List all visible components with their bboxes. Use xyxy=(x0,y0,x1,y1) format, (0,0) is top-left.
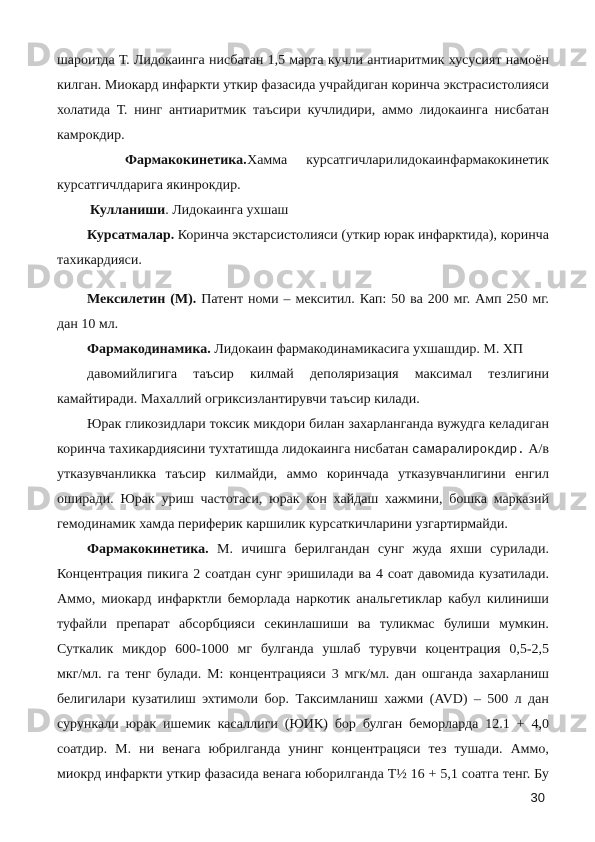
text-segment: дан 10 мл. xyxy=(57,317,118,332)
text-segment: Фармакодинамика. xyxy=(87,342,211,357)
paragraph: шароитдаТ.Лидокаинганисбатан1,5мартакучл… xyxy=(57,48,549,148)
text-word: белигилари xyxy=(57,687,126,712)
text-word: (AVD) xyxy=(430,687,468,712)
text-word: сунг xyxy=(256,562,282,587)
text-word: юрак xyxy=(126,712,156,737)
text-word: анальгетиклар xyxy=(356,587,442,612)
text-word: + xyxy=(429,762,437,787)
text-word: Фармакокинетика. xyxy=(125,148,247,173)
text-word: коринча xyxy=(391,73,439,98)
text-word: Фармакокинетика. xyxy=(87,537,209,562)
text-word: марказий xyxy=(494,487,549,512)
text-segment: Кулланиши xyxy=(90,203,165,218)
text-word: фазасида xyxy=(261,73,315,98)
text-word: ичишга xyxy=(241,537,286,562)
text-word: берилгандан xyxy=(295,537,370,562)
text-word: намоён xyxy=(506,48,549,73)
text-line: гемодинамик хамда периферик каршилик кур… xyxy=(57,512,549,537)
text-word: мг. xyxy=(532,287,549,312)
text-word: частотаси, xyxy=(200,487,262,512)
document-body: шароитдаТ.Лидокаинганисбатан1,5мартакучл… xyxy=(57,48,549,787)
text-word: мгк/мл. xyxy=(345,662,390,687)
text-word: учрайдиган xyxy=(319,73,388,98)
text-word: булган xyxy=(363,712,402,737)
text-word: Патент xyxy=(201,287,243,312)
text-word: 200 xyxy=(428,287,449,312)
text-line: мкг/мл.гатенгбулади.М:концентрацияси3мгк… xyxy=(57,662,549,687)
text-word: коринча xyxy=(501,223,549,248)
text-word: юбрилганда xyxy=(208,737,280,762)
text-word: фазасида xyxy=(205,762,259,787)
text-word: унинг xyxy=(288,737,323,762)
text-word: пикига xyxy=(147,562,188,587)
text-word: килмайди, xyxy=(215,462,277,487)
text-word: вужудга xyxy=(437,412,485,437)
text-word: инфарктли xyxy=(158,587,222,612)
text-word: Аммо, xyxy=(511,737,549,762)
text-line: Фармакодинамика. Лидокаин фармакодинамик… xyxy=(57,337,549,362)
text-word: касаллиги xyxy=(218,712,278,737)
text-word: максимал xyxy=(415,362,472,387)
text-line: давомийлигигатаъсиркилмайдеполяризацияма… xyxy=(57,362,549,387)
text-line: камайтиради. Махаллий огриксизлантирувчи… xyxy=(57,387,549,412)
text-word: ни xyxy=(139,737,154,762)
text-word: инфаркти xyxy=(162,73,220,98)
text-word: (ЮИК) xyxy=(285,712,328,737)
text-word: токсик xyxy=(210,412,250,437)
text-line: Курсатмалар.Коринчаэкстарсистолияси(утки… xyxy=(57,223,549,248)
text-word: тенг xyxy=(125,662,151,687)
text-word: абсорбцияси xyxy=(179,612,255,637)
text-word: венага xyxy=(263,762,301,787)
paragraph: Курсатмалар.Коринчаэкстарсистолияси(утки… xyxy=(57,223,549,273)
text-word: ва xyxy=(410,287,423,312)
text-word: тез xyxy=(428,737,446,762)
text-segment: камайтиради. Махаллий огриксизлантирувчи… xyxy=(57,392,420,407)
text-word: наркотик xyxy=(296,587,350,612)
text-word: турувчи xyxy=(369,637,416,662)
text-word: 0,5-2,5 xyxy=(509,637,549,662)
text-word: булиши xyxy=(444,612,490,637)
text-word: мумкин. xyxy=(499,612,549,637)
text-word: Т. xyxy=(119,48,130,73)
text-word: ва xyxy=(358,562,371,587)
text-word: Юрак xyxy=(87,412,121,437)
text-word: беморларда xyxy=(409,712,478,737)
text-word: туфайли xyxy=(57,612,107,637)
text-line: оширади.Юракуришчастотаси,юракконхайдашх… xyxy=(57,487,549,512)
text-word: захарланиш xyxy=(478,662,549,687)
text-word: булганда xyxy=(261,637,314,662)
text-word: соатга xyxy=(462,762,499,787)
text-word: Амп xyxy=(475,287,501,312)
paragraph: Фармакокинетика.Хаммакурсатгичларилидока… xyxy=(57,148,549,198)
page-number: 30 xyxy=(531,790,545,805)
text-word: 1,5 xyxy=(268,48,286,73)
text-word: ишемик xyxy=(163,712,211,737)
paragraph: Фармакокинетика.М.ичишгаберилгандансунгж… xyxy=(57,537,549,787)
text-word: мекситил. xyxy=(295,287,354,312)
text-word: Т. xyxy=(117,98,128,123)
text-word: концентрацияси xyxy=(229,662,325,687)
text-word: Лидокаинга xyxy=(134,48,205,73)
text-word: самаралирокдир. xyxy=(412,438,525,463)
text-word: аммо xyxy=(287,462,318,487)
text-word: Аммо, xyxy=(57,587,95,612)
text-word: 600-1000 xyxy=(175,637,229,662)
document-page: Docx.uzDocx.uzDocx.uzDocx.uzDocx.uzDocx.… xyxy=(0,0,595,842)
text-word: тенг. xyxy=(503,762,531,787)
text-word: кабул xyxy=(448,587,481,612)
text-word: 2 xyxy=(193,562,200,587)
text-word: (уткир xyxy=(341,223,380,248)
text-word: таъсири xyxy=(253,98,301,123)
text-word: хажмини, xyxy=(385,487,443,512)
text-word: кузатилади. xyxy=(479,562,549,587)
text-word: лидокаинга xyxy=(282,437,350,462)
text-word: шароитда xyxy=(57,48,115,73)
text-word: туликмас xyxy=(380,612,435,637)
text-word: номи xyxy=(248,287,279,312)
text-word: мг. xyxy=(454,287,471,312)
text-line: камрокдир. xyxy=(57,123,549,148)
text-word: препарат xyxy=(116,612,169,637)
text-word: 16 xyxy=(411,762,425,787)
text-word: Курсатмалар. xyxy=(87,223,174,248)
text-line: коринчатахикардиясинитухтатишдалидокаинг… xyxy=(57,437,549,462)
text-word: килмай xyxy=(250,362,294,387)
text-word: юрак xyxy=(269,487,299,512)
text-segment: Лидокаин фармакодинамикасига ухшашдир. М… xyxy=(211,342,523,357)
text-line: курсатгичлдарига якинрокдир. xyxy=(57,173,549,198)
text-word: Коринча xyxy=(178,223,229,248)
text-word: уриш xyxy=(161,487,193,512)
text-word: ошганда xyxy=(422,662,473,687)
text-word: бошка xyxy=(449,487,487,512)
text-word: соатдан xyxy=(205,562,251,587)
text-word: оширади. xyxy=(57,487,114,512)
text-word: яхши xyxy=(450,537,482,562)
text-word: Миокард xyxy=(105,73,159,98)
text-segment: тахикардияси. xyxy=(57,253,142,268)
text-word: келадиган xyxy=(489,412,549,437)
text-word: беморлада xyxy=(228,587,290,612)
text-word: давомида xyxy=(418,562,474,587)
text-line: тахикардияси. xyxy=(57,248,549,273)
text-word: 4 xyxy=(376,562,383,587)
text-line: Мексилетин(М).Патентноми–мекситил.Кап:50… xyxy=(57,287,549,312)
text-word: таъсир xyxy=(165,462,205,487)
text-line: Фармакокинетика.Хаммакурсатгичларилидока… xyxy=(57,148,549,173)
text-word: миокрд xyxy=(57,762,101,787)
text-word: уткир xyxy=(223,73,257,98)
text-line: сурункалиюракишемиккасаллиги(ЮИК)борбулг… xyxy=(57,712,549,737)
text-word: мкг/мл. xyxy=(57,662,102,687)
text-word: миокард xyxy=(101,587,151,612)
text-line: миокрдинфарктиуткирфазасидавенагаюборилг… xyxy=(57,762,549,787)
text-word: юрак xyxy=(384,223,414,248)
text-word: Концентрация xyxy=(57,562,142,587)
paragraph: Фармакодинамика. Лидокаин фармакодинамик… xyxy=(57,337,549,362)
text-word: антиаритмик xyxy=(169,98,246,123)
paragraph: давомийлигигатаъсиркилмайдеполяризацияма… xyxy=(57,362,549,412)
text-word: секинлашиши xyxy=(264,612,348,637)
text-word: эришилади xyxy=(287,562,354,587)
text-word: сурилади. xyxy=(490,537,549,562)
text-word: марта xyxy=(289,48,323,73)
text-word: фармакокинетик xyxy=(450,148,549,173)
text-word: соатдир. xyxy=(57,737,107,762)
text-word: М. xyxy=(115,737,131,762)
text-line: Аммо,миокардинфарктлибеморладанаркотикан… xyxy=(57,587,549,612)
text-word: аммо xyxy=(382,98,413,123)
text-line: Концентрацияпикига2соатдансунгэришиладив… xyxy=(57,562,549,587)
text-word: нинг xyxy=(134,98,162,123)
text-line: холатидаТ.нингантиаритмиктаъсирикучлидир… xyxy=(57,98,549,123)
paragraph: Юракгликозидларитоксикмикдорибиланзахарл… xyxy=(57,412,549,537)
text-word: экстарсистолияси xyxy=(232,223,337,248)
text-word: лидокаин xyxy=(394,148,450,173)
text-word: – xyxy=(474,687,481,712)
text-word: енгил xyxy=(515,462,549,487)
text-word: микдори xyxy=(253,412,305,437)
text-line: Кулланиши. Лидокаинга ухшаш xyxy=(57,198,549,223)
text-word: ва xyxy=(358,612,371,637)
text-word: Хамма xyxy=(247,148,287,173)
text-word: 4,0 xyxy=(531,712,549,737)
text-word: – xyxy=(284,287,291,312)
text-word: л xyxy=(515,687,522,712)
text-word: таъсир xyxy=(193,362,233,387)
text-word: Т½ xyxy=(388,762,407,787)
text-word: захарланганда xyxy=(348,412,433,437)
text-word: сурункали xyxy=(57,712,119,737)
text-line: Суткаликмикдор600-1000мгбулгандаушлабтур… xyxy=(57,637,549,662)
text-word: жуда xyxy=(413,537,442,562)
text-word: Бу xyxy=(534,762,549,787)
text-word: соат xyxy=(388,562,413,587)
text-word: га xyxy=(108,662,120,687)
text-word: 250 xyxy=(506,287,527,312)
text-word: 500 xyxy=(487,687,508,712)
text-word: А/в xyxy=(528,437,549,462)
text-word: утказувчанлигини xyxy=(398,462,506,487)
text-word: бор xyxy=(335,712,356,737)
text-word: килиниши xyxy=(487,587,549,612)
text-word: кон xyxy=(306,487,327,512)
text-word: венага xyxy=(162,737,200,762)
text-word: М. xyxy=(217,537,233,562)
text-word: антиаритмик xyxy=(367,48,444,73)
text-word: инфарктида), xyxy=(418,223,497,248)
text-word: тушади. xyxy=(455,737,503,762)
text-word: концентрацяси xyxy=(332,737,421,762)
text-word: микдор xyxy=(122,637,166,662)
text-word: коринчада xyxy=(327,462,389,487)
text-word: гликозидлари xyxy=(125,412,205,437)
text-word: кузатилиш xyxy=(132,687,196,712)
text-word: Таксимланиш xyxy=(295,687,377,712)
text-segment: камрокдир. xyxy=(57,128,125,143)
text-word: (М). xyxy=(170,287,196,312)
text-word: сунг xyxy=(378,537,404,562)
text-line: Фармакокинетика.М.ичишгаберилгандансунгж… xyxy=(57,537,549,562)
text-word: Суткалик xyxy=(57,637,113,662)
text-word: хайдаш xyxy=(334,487,379,512)
text-word: нисбатан xyxy=(495,98,549,123)
text-word: деполяризация xyxy=(310,362,399,387)
text-word: юборилганда xyxy=(305,762,384,787)
text-word: дан xyxy=(395,662,416,687)
text-word: кучли xyxy=(328,48,363,73)
paragraph: Мексилетин(М).Патентноми–мекситил.Кап:50… xyxy=(57,287,549,337)
text-word: дан xyxy=(528,687,549,712)
text-line: дан 10 мл. xyxy=(57,312,549,337)
text-word: утказувчанликка xyxy=(57,462,156,487)
text-word: кучлидири, xyxy=(308,98,376,123)
text-line: килган.Миокардинфарктиуткирфазасидаучрай… xyxy=(57,73,549,98)
text-line: Юракгликозидларитоксикмикдорибиланзахарл… xyxy=(57,412,549,437)
text-word: + xyxy=(517,712,525,737)
text-line: туфайлипрепаратабсорбциясисекинлашишиват… xyxy=(57,612,549,637)
text-word: уткир xyxy=(166,762,200,787)
text-word: 12.1 xyxy=(485,712,510,737)
text-word: бор. xyxy=(264,687,289,712)
text-word: нисбатан xyxy=(209,48,263,73)
text-segment: курсатгичлдарига якинрокдир. xyxy=(57,178,241,193)
text-word: 5,1 xyxy=(440,762,458,787)
text-line: белигиларикузатилишэхтимолибор.Таксимлан… xyxy=(57,687,549,712)
text-word: коринча xyxy=(57,437,105,462)
text-word: 3 xyxy=(332,662,339,687)
text-word: экстрасистолияси xyxy=(443,73,548,98)
text-line: соатдир.М.нивенагаюбрилгандаунингконцент… xyxy=(57,737,549,762)
text-word: ушлаб xyxy=(322,637,360,662)
text-word: хажми xyxy=(384,687,423,712)
text-word: билан xyxy=(309,412,344,437)
text-word: эхтимоли xyxy=(202,687,258,712)
text-word: мг xyxy=(238,637,253,662)
text-word: Мексилетин xyxy=(87,287,165,312)
text-segment: . Лидокаинга ухшаш xyxy=(165,203,288,218)
text-word: коцентрация xyxy=(425,637,500,662)
text-word: килган. xyxy=(57,73,101,98)
text-word: курсатгичлари xyxy=(306,148,393,173)
text-word: хусусият xyxy=(449,48,502,73)
paragraph: Кулланиши. Лидокаинга ухшаш xyxy=(57,198,549,223)
text-word: тахикардиясини xyxy=(109,437,205,462)
text-word: нисбатан xyxy=(354,437,408,462)
text-word: Юрак xyxy=(120,487,154,512)
text-word: 50 xyxy=(391,287,405,312)
text-word: Кап: xyxy=(360,287,387,312)
text-word: булади. xyxy=(157,662,201,687)
text-word: давомийлигига xyxy=(87,362,177,387)
text-word: тезлигини xyxy=(488,362,549,387)
text-line: шароитдаТ.Лидокаинганисбатан1,5мартакучл… xyxy=(57,48,549,73)
text-word: инфаркти xyxy=(105,762,163,787)
text-word: лидокаинга xyxy=(420,98,488,123)
text-segment: гемодинамик хамда периферик каршилик кур… xyxy=(57,517,508,532)
text-word: М: xyxy=(207,662,223,687)
text-word: холатида xyxy=(57,98,110,123)
text-line: утказувчанликкатаъсиркилмайди,аммокоринч… xyxy=(57,462,549,487)
text-word: тухтатишда xyxy=(209,437,278,462)
